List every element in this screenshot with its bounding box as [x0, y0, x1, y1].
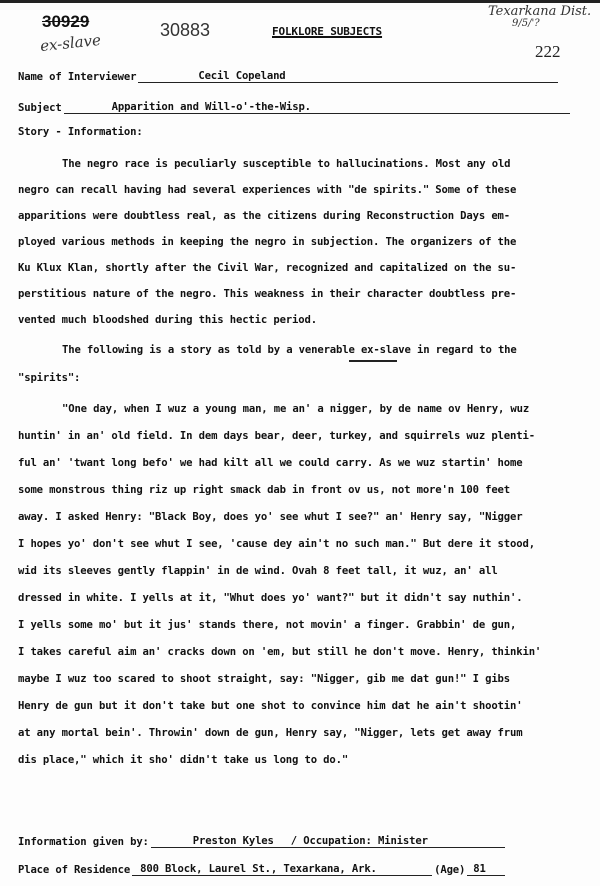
- handwritten-location: Texarkana Dist.: [488, 4, 591, 19]
- handwritten-note-ex-slave: ex-slave: [39, 31, 101, 55]
- body-line: dressed in white. I yells at it, "Whut d…: [18, 592, 522, 604]
- residence-label: Place of Residence: [18, 864, 132, 876]
- subject-row: Subject Apparition and Will-o'-the-Wisp.: [18, 101, 570, 114]
- occupation-field: / Occupation: Minister: [285, 835, 505, 848]
- body-line: ful an' 'twant long befo' we had kilt al…: [18, 457, 522, 469]
- informant-row: Information given by: Preston Kyles / Oc…: [18, 835, 505, 848]
- body-line: vented much bloodshed during this hectic…: [18, 314, 317, 326]
- body-line: wid its sleeves gently flappin' in de wi…: [18, 565, 498, 577]
- handwritten-underline: [349, 360, 397, 362]
- residence-row: Place of Residence 800 Block, Laurel St.…: [18, 863, 505, 876]
- body-line: at any mortal bein'. Throwin' down de gu…: [18, 727, 522, 739]
- body-line: negro can recall having had several expe…: [18, 184, 516, 196]
- body-line: "spirits":: [18, 372, 80, 384]
- body-line: away. I asked Henry: "Black Boy, does yo…: [18, 511, 522, 523]
- subject-label: Subject: [18, 102, 64, 114]
- story-row: Story - Information:: [18, 126, 145, 138]
- occupation-value: Minister: [378, 835, 428, 847]
- subject-value: Apparition and Will-o'-the-Wisp.: [64, 101, 570, 114]
- age-label: (Age): [432, 864, 467, 876]
- body-line: The negro race is peculiarly susceptible…: [62, 158, 510, 170]
- body-line: perstitious nature of the negro. This we…: [18, 288, 516, 300]
- story-label: Story - Information:: [18, 126, 145, 138]
- body-line: The following is a story as told by a ve…: [62, 344, 517, 356]
- body-line: dis place," which it sho' didn't take us…: [18, 754, 348, 766]
- scan-top-edge: [0, 0, 600, 3]
- informant-value: Preston Kyles: [151, 835, 285, 848]
- informant-label: Information given by:: [18, 836, 151, 848]
- interviewer-row: Name of Interviewer Cecil Copeland: [18, 70, 558, 83]
- body-line: huntin' in an' old field. In dem days be…: [18, 430, 535, 442]
- handwritten-date: 9/5/'?: [512, 18, 540, 29]
- occupation-label: / Occupation:: [291, 835, 372, 847]
- body-line: I yells some mo' but it jus' stands ther…: [18, 619, 516, 631]
- interviewer-value: Cecil Copeland: [138, 70, 558, 83]
- body-line: I hopes yo' don't see whut I see, 'cause…: [18, 538, 535, 550]
- body-line: some monstrous thing riz up right smack …: [18, 484, 510, 496]
- body-line: apparitions were doubtless real, as the …: [18, 210, 510, 222]
- age-value: 81: [467, 863, 505, 876]
- body-line: I takes careful aim an' cracks down on '…: [18, 646, 541, 658]
- document-number: 30883: [160, 20, 210, 41]
- body-line: Ku Klux Klan, shortly after the Civil Wa…: [18, 262, 516, 274]
- body-line: maybe I wuz too scared to shoot straight…: [18, 673, 510, 685]
- residence-value: 800 Block, Laurel St., Texarkana, Ark.: [132, 863, 432, 876]
- body-line: Henry de gun but it don't take but one s…: [18, 700, 522, 712]
- body-line: "One day, when I wuz a young man, me an'…: [62, 403, 529, 415]
- body-line: ployed various methods in keeping the ne…: [18, 236, 516, 248]
- page-number: 222: [535, 42, 561, 62]
- old-number-struck: 30929: [42, 12, 89, 32]
- page-title: FOLKLORE SUBJECTS: [272, 25, 382, 38]
- interviewer-label: Name of Interviewer: [18, 71, 138, 83]
